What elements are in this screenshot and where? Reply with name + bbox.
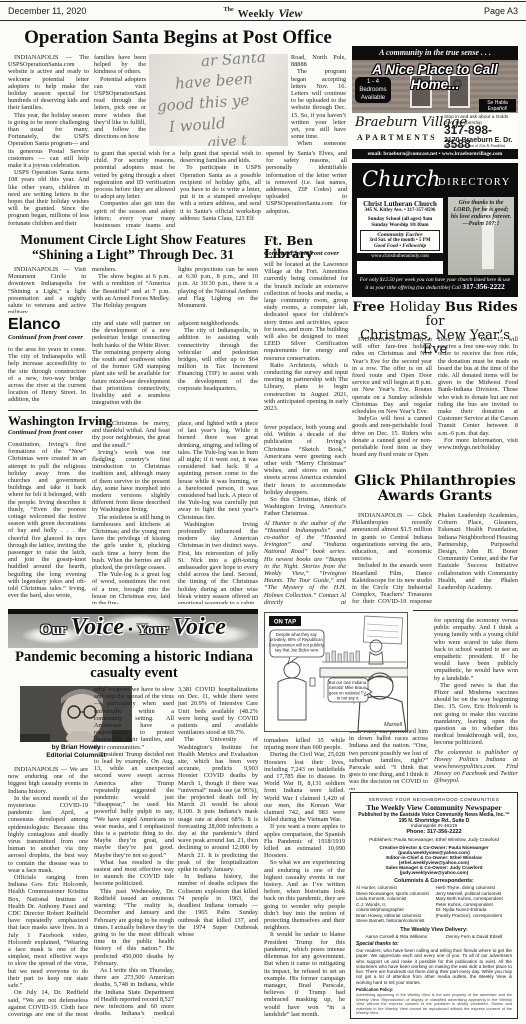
header-rule: [0, 20, 526, 21]
monument-h2: “Shining a Light” Through Dec. 31: [8, 248, 258, 263]
bus-rides-col1: INDIANAPOLIS — IndyGo will offer fare-fr…: [352, 336, 432, 468]
glick-h2: Awards Grants: [352, 489, 518, 504]
on-tap-label: ON TAP: [274, 620, 296, 626]
bedrooms-line: 1 - 4: [355, 78, 391, 86]
columnists-lists: Al Hunter, columnistSteve Nicewanger, sp…: [356, 885, 512, 924]
masthead-view: View: [278, 6, 302, 20]
braeburn-contact-bar: email: braeburn@comcast.net • www.braebu…: [352, 149, 518, 159]
pandemic-col5: lican Party out performed him in down ba…: [349, 728, 428, 790]
mbox-publishers: Publishers: Paula Nicewanger, Ethel Wins…: [356, 838, 512, 843]
newspaper-page: December 11, 2020 The Weekly View Page A…: [0, 0, 526, 1024]
monument-col2: members.The show begins at 6 p.m. with a…: [92, 266, 170, 313]
h-holiday: Holiday: [389, 300, 440, 315]
letter-line: ar Santa: [200, 54, 266, 70]
op-santa-col3: help grant that special wish to deservin…: [180, 150, 261, 230]
cartoon-signature: Marnell: [384, 722, 403, 728]
masthead-the: The: [224, 7, 234, 13]
steeple-tower: [482, 223, 494, 269]
monument-col1: INDIANAPOLIS — Visit Monument Circle in …: [8, 266, 86, 313]
mbox-phone: Phone: 317-356-2222: [356, 829, 512, 835]
masthead-info-box: SERVING YOUR NEIGHBORHOOD COMMUNITIES Th…: [350, 792, 518, 1019]
voice-our: Our: [40, 622, 67, 638]
promo-phone: 317-356-2222: [462, 282, 505, 291]
church-website: www.christlutheranindy.com: [357, 253, 443, 261]
page-number: Page A3: [484, 6, 518, 16]
church-directory: Church DIRECTORY Christ Lutheran Church …: [352, 163, 518, 297]
santa-letter-photo: ar Santa have been good this ye I would …: [149, 54, 288, 146]
pandemic-col2: erful weapons we have to slow and stop t…: [94, 686, 174, 1018]
delivery-team2: Denny Fern & David Edsell: [446, 934, 502, 939]
irving-col3: place, and lighted with a piece of last …: [178, 420, 258, 604]
pandemic-col3: 3,381 COVID hospitalizations on Dec. 11,…: [178, 686, 258, 1018]
glick-col1: INDIANAPOLIS — Glick Philanthropies rece…: [352, 512, 432, 606]
bubble1-line: say that Joe Biden won.: [275, 648, 319, 653]
irving-author-bio: Al Hunter is the author of the “Haunted …: [264, 520, 346, 606]
monument-h1: Monument Circle Light Show Features: [8, 233, 258, 248]
se-habla-line: Español!: [479, 106, 516, 112]
letter-line: give t: [206, 133, 247, 146]
pandemic-col4: tornadoes killed 35 while injuring more …: [264, 737, 345, 1018]
op-santa-col4-bottom: opened by Santa’s Elves, and for safety …: [266, 150, 347, 230]
bubble2-line: to not say it.: [337, 696, 360, 701]
elanco-continued: Continued from front cover: [8, 334, 83, 341]
bedrooms-line: Bedrooms: [355, 86, 391, 94]
mbox-owner3: Sales Manager & Co-Owner: Judy Crawford …: [356, 865, 512, 875]
voice-voice2: Voice: [173, 614, 226, 640]
irving-col4: fever populace, both young and old. With…: [264, 424, 346, 606]
op-santa-col2-bottom: to grant that special wish for a child. …: [94, 150, 175, 230]
glick-headline: Glick Philanthropies Awards Grants: [352, 474, 518, 504]
op-santa-col4-top: Road, North Pole, 88888The program began…: [291, 54, 346, 148]
serving-line: SERVING YOUR NEIGHBORHOOD COMMUNITIES: [356, 797, 512, 802]
braeburn-info: Braeburn Village APARTMENTS Stop in and …: [352, 113, 518, 149]
church-photo: Give thanks to the LORD, for he is good;…: [448, 197, 514, 275]
op-santa-headline: Operation Santa Begins at Post Office: [8, 28, 348, 49]
christ-lutheran-box: Christ Lutheran Church 345 N. Kitley Ave…: [356, 197, 444, 275]
euchre-tag: Good Food • Fellowship: [361, 243, 439, 249]
ft-ben-col: will be located at the Lawrence Village …: [264, 261, 348, 422]
pandemic-headline: Pandemic becoming a historic Indiana cas…: [8, 650, 260, 681]
pandemic-col6-rule: [413, 610, 518, 611]
our-voice-banner: Our Voice • Your Voice: [8, 609, 258, 648]
masthead-weekly: Weekly: [238, 8, 275, 20]
church-service2: Sunday Worship 10:30am: [357, 222, 443, 228]
church-address: 345 N. Kitley Ave. • 317-357-8596: [357, 208, 443, 213]
letter-line: have been: [174, 69, 253, 92]
monument-headline: Monument Circle Light Show Features “Shi…: [8, 233, 258, 262]
delivery-names: Aaron Cornell & Rita Williams Denny Fern…: [356, 934, 512, 939]
irving-rule: [8, 410, 258, 411]
thanks-title: Special thanks to:: [356, 941, 512, 947]
verse-text: Give thanks to the LORD, for he is good;…: [448, 197, 514, 228]
church-name: Christ Lutheran Church: [357, 200, 443, 208]
bedrooms-badge: 1 - 4 Bedrooms Available: [355, 77, 391, 103]
op-santa-col2-top: families have been helped by the kindnes…: [94, 54, 146, 148]
h-for: for: [426, 314, 445, 329]
pandemic-col6: for opening the economy versus public em…: [434, 617, 518, 789]
voice-dot: •: [128, 623, 133, 638]
irving-col4-text: fever populace, both young and old. With…: [264, 424, 346, 518]
irving-col1: Constitution, Irving’s first formations …: [8, 441, 86, 603]
pandemic-h1: Pandemic becoming a historic Indiana: [8, 650, 260, 666]
columnists-title: Columnists & Correspondents:: [356, 878, 512, 884]
policy-paragraph: Advertising appearing in the Weekly View…: [356, 993, 512, 1016]
se-habla-badge: Se Habla Español!: [479, 99, 516, 112]
bus-rides-h-line1: Free Holiday Bus Rides for: [352, 301, 518, 329]
thanks-paragraph: Our readers, who have been calling and t…: [356, 948, 512, 985]
verse-line: his love endures forever.: [448, 214, 514, 221]
delivery-title: The Weekly View Delivery:: [356, 927, 512, 933]
euchre-box: Community Euchre 3rd Sat. of the month •…: [360, 230, 440, 251]
top-rule: [0, 1, 526, 2]
svg-text:Despite what they say: Despite what they say privately, 90% of …: [269, 632, 325, 653]
columnists-left: Al Hunter, columnistSteve Nicewanger, sp…: [356, 885, 432, 924]
church-title-script: Church: [362, 167, 440, 191]
h-free: Free: [352, 300, 384, 315]
church-promo: For only $12.50 per week you can have yo…: [352, 277, 518, 291]
ft-ben-headline: Ft. Ben Library: [264, 235, 348, 261]
pandemic-col1: INDIANAPOLIS — We are now enduring one o…: [8, 766, 88, 1018]
mbox-owner2: Editor-in-Chief & Co-Owner: Ethel Winslo…: [356, 855, 512, 865]
letter-line: I would: [168, 114, 226, 136]
braeburn-address: 2170 Braeburn E. Dr.: [444, 137, 512, 144]
h-busrides: Bus Rides: [445, 300, 518, 315]
gym-note-line: Stop in and ask about a: [444, 115, 494, 120]
ft-ben-continued: Continued from front cover: [264, 250, 339, 257]
on-tap-cartoon: ON TAP Despite what they say privately, …: [264, 612, 408, 732]
bus-rides-col2: Door bus on Dec. 15 will receive a free …: [438, 336, 518, 468]
verse-line: LORD, for he is good;: [448, 207, 514, 214]
glick-col2: Phalen Leadership Academies, Coburn Plac…: [438, 512, 518, 606]
bedrooms-line: Available: [355, 94, 391, 102]
delivery-team1: Aaron Cornell & Rita Williams: [366, 934, 427, 939]
glick-h1: Glick Philanthropies: [352, 474, 518, 489]
promo-line2: it as your tithe offering (tax deductibl…: [352, 284, 518, 292]
columnists-right: Herb Thyne, dining columnistJerry Marnel…: [436, 885, 512, 924]
braeburn-tagline-bar: A community in the true sense . . .: [352, 46, 518, 60]
irving-continued: Continued from front cover: [8, 429, 83, 436]
voice-your: Your: [137, 622, 169, 638]
promo-line2-text: it as your tithe offering (tax deductibl…: [365, 285, 461, 291]
verse-line: —Psalm 107:1: [448, 221, 514, 228]
braeburn-address-note: (NE of intersection of 21st & Franklin): [444, 144, 505, 148]
monument-col3: lights projections can be seen at 6:30 p…: [178, 266, 258, 313]
pandemic-col6-text: for opening the economy versus public em…: [434, 617, 518, 747]
church-title-caps: DIRECTORY: [438, 177, 511, 188]
mbox-title: The Weekly View Community Newspaper: [356, 803, 512, 812]
howey-author-bio: The columnist is publisher of Howey Poli…: [434, 749, 518, 785]
irving-col2: “At Christmas be merry, and thankful wit…: [92, 420, 170, 604]
voice-voice1: Voice: [71, 614, 124, 640]
letter-line: good this ye: [156, 91, 249, 115]
braeburn-apartments: APARTMENTS: [357, 133, 437, 142]
op-santa-col1: INDIANAPOLIS — The USPSOperationSanta.co…: [8, 54, 89, 230]
verse-line: Give thanks to the: [448, 200, 514, 207]
pandemic-h2: casualty event: [8, 666, 260, 682]
mbox-owner1: Creative Director & Co-Owner: Paula Nice…: [356, 845, 512, 855]
